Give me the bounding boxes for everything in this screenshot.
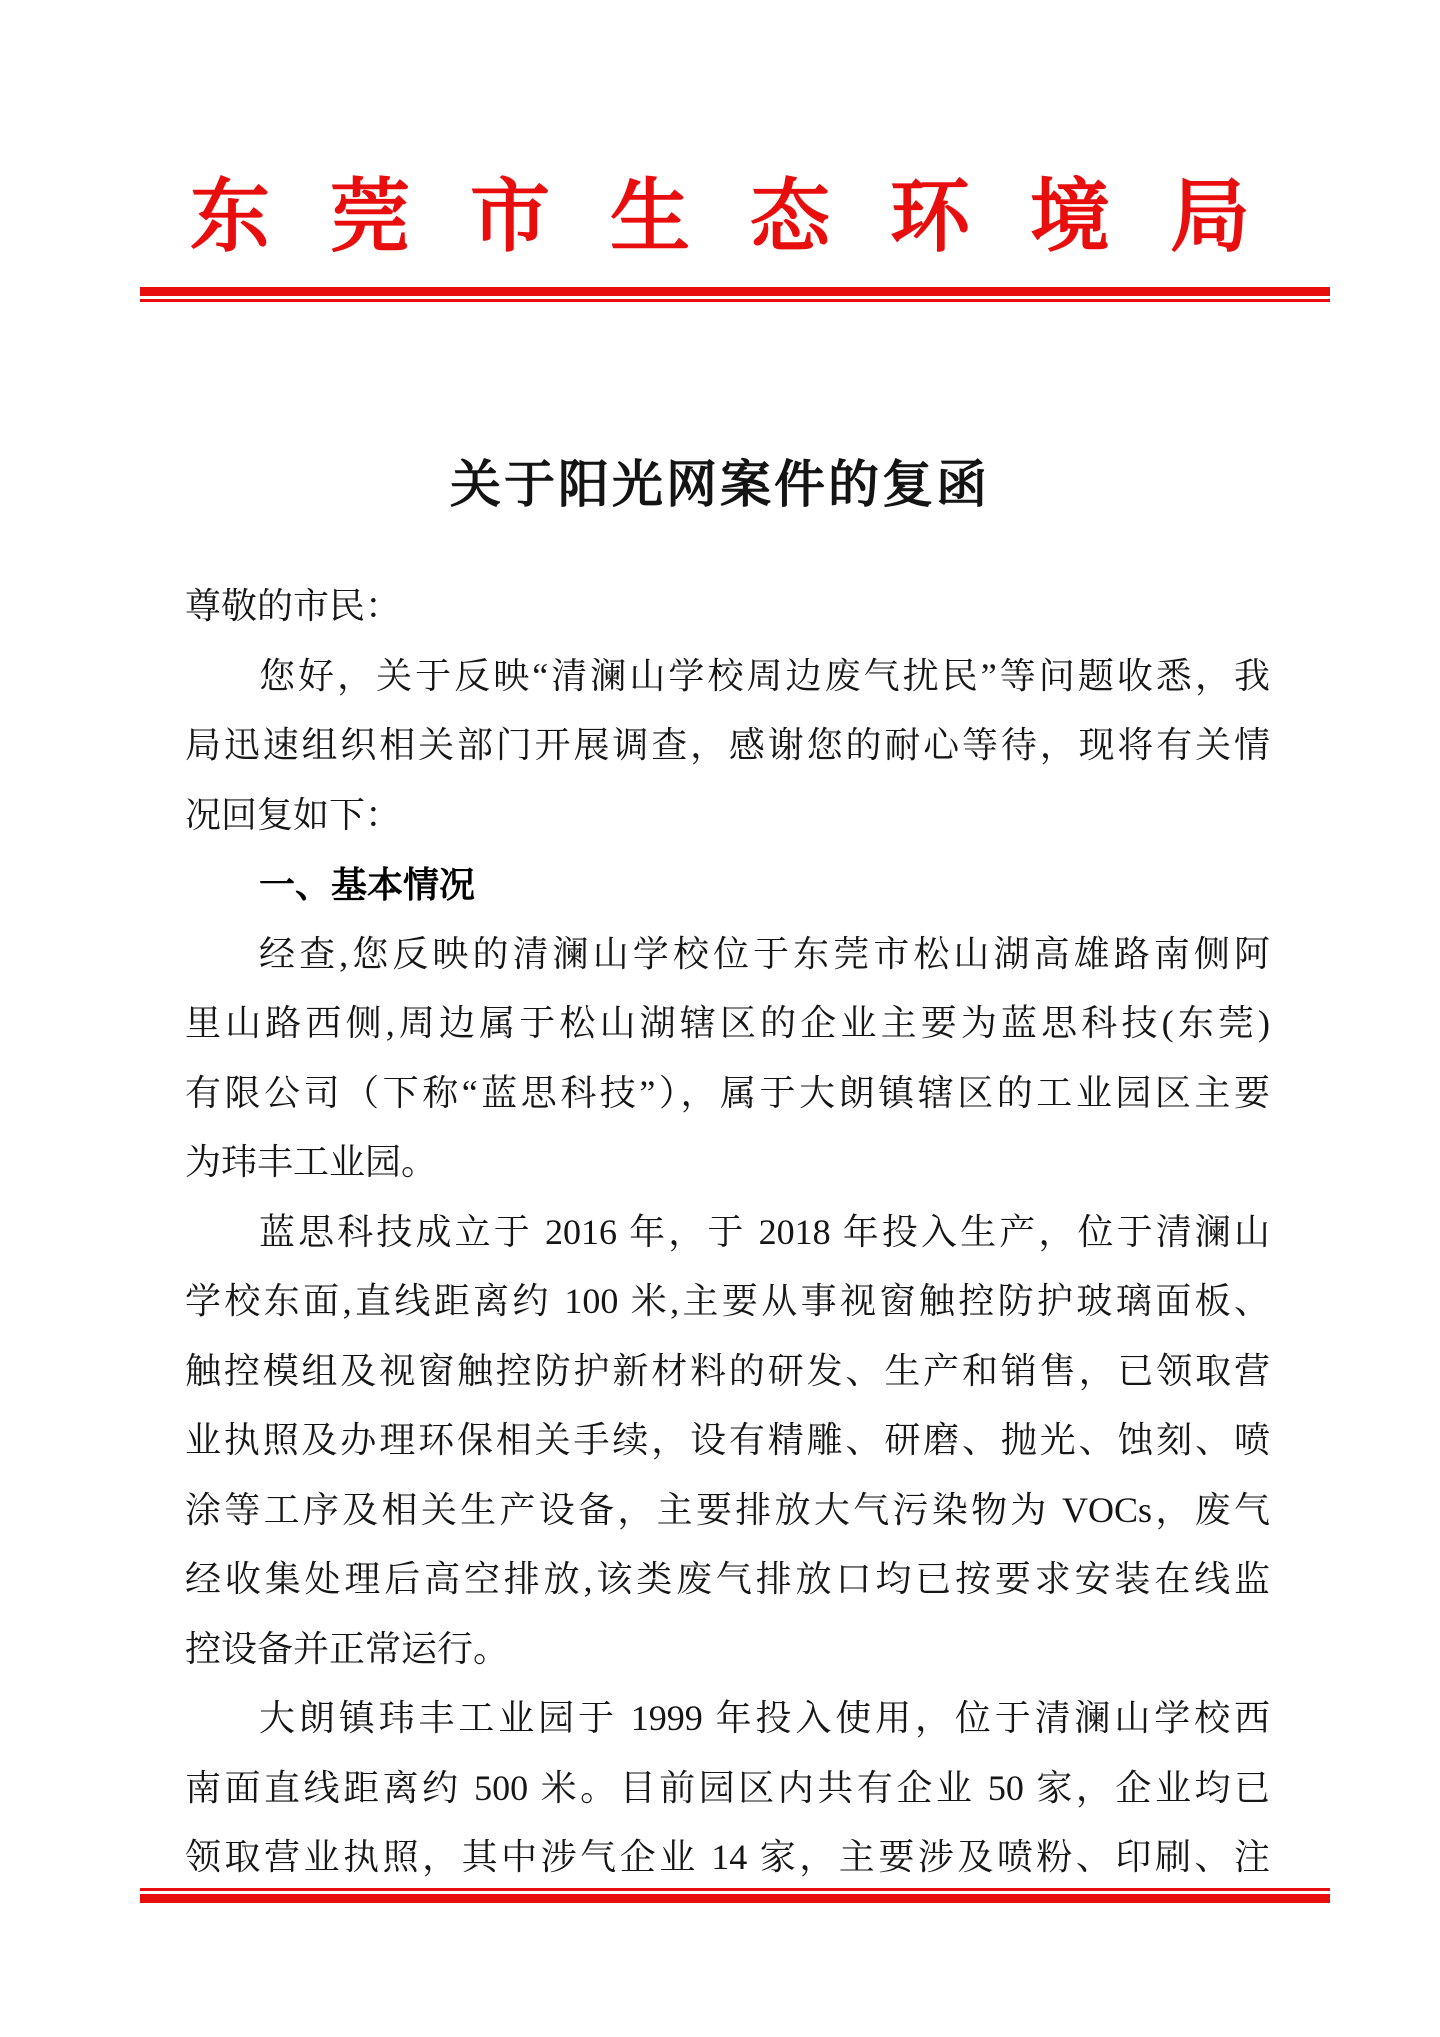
body-line: 涂等工序及相关生产设备，主要排放大气污染物为 VOCs，废气 — [185, 1476, 1270, 1546]
body-line: 控设备并正常运行。 — [185, 1615, 1270, 1685]
document-page: 东莞市生态环境局 关于阳光网案件的复函 尊敬的市民： 您好，关于反映“清澜山学校… — [0, 0, 1440, 2037]
agency-char: 环 — [890, 176, 970, 260]
agency-char: 东 — [190, 176, 270, 260]
agency-char: 莞 — [330, 176, 410, 260]
body-line: 局迅速组织相关部门开展调查，感谢您的耐心等待，现将有关情 — [185, 711, 1270, 781]
footer-rule — [140, 1888, 1330, 1903]
body-line: 领取营业执照，其中涉气企业 14 家，主要涉及喷粉、印刷、注 — [185, 1823, 1270, 1893]
header-rule-thin-line — [140, 299, 1330, 302]
body-line: 触控模组及视窗触控防护新材料的研发、生产和销售，已领取营 — [185, 1337, 1270, 1407]
body-line: 学校东面,直线距离约 100 米,主要从事视窗触控防护玻璃面板、 — [185, 1267, 1270, 1337]
document-title: 关于阳光网案件的复函 — [0, 443, 1440, 517]
body-line: 蓝思科技成立于 2016 年，于 2018 年投入生产，位于清澜山 — [185, 1198, 1270, 1268]
body-line: 况回复如下： — [185, 781, 1270, 851]
body-line: 经查,您反映的清澜山学校位于东莞市松山湖高雄路南侧阿 — [185, 920, 1270, 990]
footer-rule-thin-line — [140, 1888, 1330, 1891]
body-line: 有限公司（下称“蓝思科技”），属于大朗镇辖区的工业园区主要 — [185, 1059, 1270, 1129]
body-line: 里山路西侧,周边属于松山湖辖区的企业主要为蓝思科技(东莞) — [185, 989, 1270, 1059]
body-text: 尊敬的市民： 您好，关于反映“清澜山学校周边废气扰民”等问题收悉，我 局迅速组织… — [185, 572, 1270, 1893]
footer-rule-thick-line — [140, 1894, 1330, 1903]
body-line: 南面直线距离约 500 米。目前园区内共有企业 50 家，企业均已 — [185, 1754, 1270, 1824]
agency-char: 生 — [610, 176, 690, 260]
body-line: 业执照及办理环保相关手续，设有精雕、研磨、抛光、蚀刻、喷 — [185, 1406, 1270, 1476]
agency-char: 市 — [470, 176, 550, 260]
agency-header: 东莞市生态环境局 — [190, 176, 1250, 260]
body-line-salutation: 尊敬的市民： — [185, 572, 1270, 642]
body-line: 您好，关于反映“清澜山学校周边废气扰民”等问题收悉，我 — [185, 642, 1270, 712]
agency-char: 态 — [750, 176, 830, 260]
agency-char: 局 — [1170, 176, 1250, 260]
section-heading: 一、基本情况 — [185, 850, 1270, 920]
body-line: 为玮丰工业园。 — [185, 1128, 1270, 1198]
body-line: 大朗镇玮丰工业园于 1999 年投入使用，位于清澜山学校西 — [185, 1684, 1270, 1754]
agency-char: 境 — [1030, 176, 1110, 260]
body-line: 经收集处理后高空排放,该类废气排放口均已按要求安装在线监 — [185, 1545, 1270, 1615]
header-rule — [140, 287, 1330, 302]
header-rule-thick-line — [140, 287, 1330, 296]
